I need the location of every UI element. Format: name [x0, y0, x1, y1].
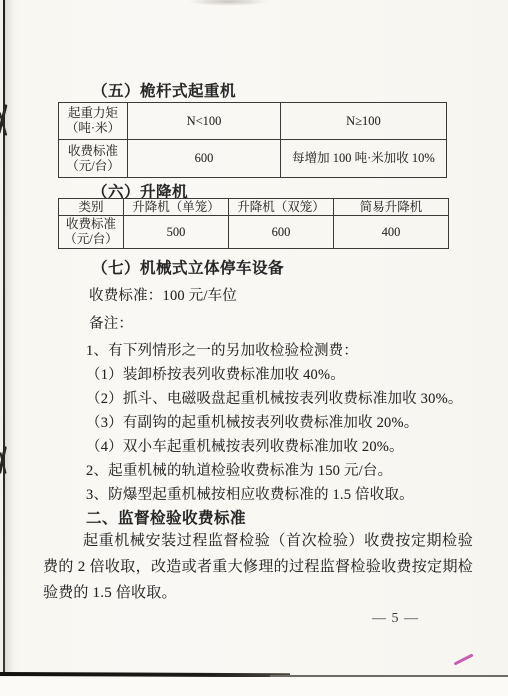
table-cell: 500: [127, 225, 225, 240]
table-cell: 升降机（单笼）: [127, 201, 225, 214]
pink-pen-mark: [454, 653, 474, 665]
table-cell: 收费标准 （元/台）: [62, 217, 120, 247]
note-line: （2）抓斗、电磁吸盘起重机械按表列收费标准加收 30%。: [86, 387, 463, 408]
part-2-paragraph: 起重机械安装过程监督检验（首次检验）收费按定期检验费的 2 倍收取，改造或者重大…: [43, 529, 473, 606]
table-cell: 类别: [62, 201, 120, 214]
fee-standard-line: 收费标准：100 元/车位: [89, 284, 237, 305]
table-cell: N≥100: [284, 114, 443, 129]
table-row: 收费标准 （元/台） 600 每增加 100 吨·米加收 10%: [59, 140, 447, 178]
note-line: 1、有下列情形之一的另加收检验检测费：: [86, 339, 358, 360]
note-line: 3、防爆型起重机械按相应收费标准的 1.5 倍收取。: [86, 483, 414, 504]
section-5-heading: （五）桅杆式起重机: [92, 79, 236, 101]
scan-below-page-area: [0, 677, 508, 696]
table-cell: 升降机（双笼）: [232, 201, 330, 214]
table-cell: 收费标准 （元/台）: [62, 144, 124, 174]
elevator-fee-table: 类别 升降机（单笼） 升降机（双笼） 简易升降机 收费标准 （元/台） 500 …: [58, 198, 449, 249]
page-number: — 5 —: [372, 611, 419, 627]
mast-crane-fee-table: 起重力矩 （吨·米） N<100 N≥100 收费标准 （元/台） 600 每增…: [58, 102, 447, 178]
table-cell: 简易升降机: [337, 201, 445, 214]
table-row: 收费标准 （元/台） 500 600 400: [59, 216, 449, 249]
table-cell: 600: [131, 151, 277, 166]
table-row: 起重力矩 （吨·米） N<100 N≥100: [59, 103, 447, 140]
note-line: 2、起重机械的轨道检验收费标准为 150 元/台。: [86, 459, 392, 480]
table-cell: 每增加 100 吨·米加收 10%: [284, 151, 443, 166]
scan-left-shadow: [5, 0, 14, 674]
scan-top-smudge: [188, 0, 268, 6]
section-7-heading: （七）机械式立体停车设备: [92, 256, 284, 278]
scanned-document-page: （五）桅杆式起重机 起重力矩 （吨·米） N<100 N≥100 收费标准 （元…: [0, 0, 508, 696]
note-line: （1）装卸桥按表列收费标准加收 40%。: [86, 363, 345, 384]
table-cell: 起重力矩 （吨·米）: [62, 106, 124, 136]
table-cell: 400: [337, 225, 445, 240]
table-cell: N<100: [131, 114, 277, 129]
note-line: （4）双小车起重机械按表列收费标准加收 20%。: [86, 435, 404, 456]
table-row: 类别 升降机（单笼） 升降机（双笼） 简易升降机: [59, 199, 449, 216]
remark-label: 备注：: [89, 312, 133, 333]
table-cell: 600: [232, 225, 330, 240]
note-line: （3）有副钩的起重机械按表列收费标准加收 20%。: [86, 411, 418, 432]
part-2-heading: 二、监督检验收费标准: [86, 506, 246, 528]
